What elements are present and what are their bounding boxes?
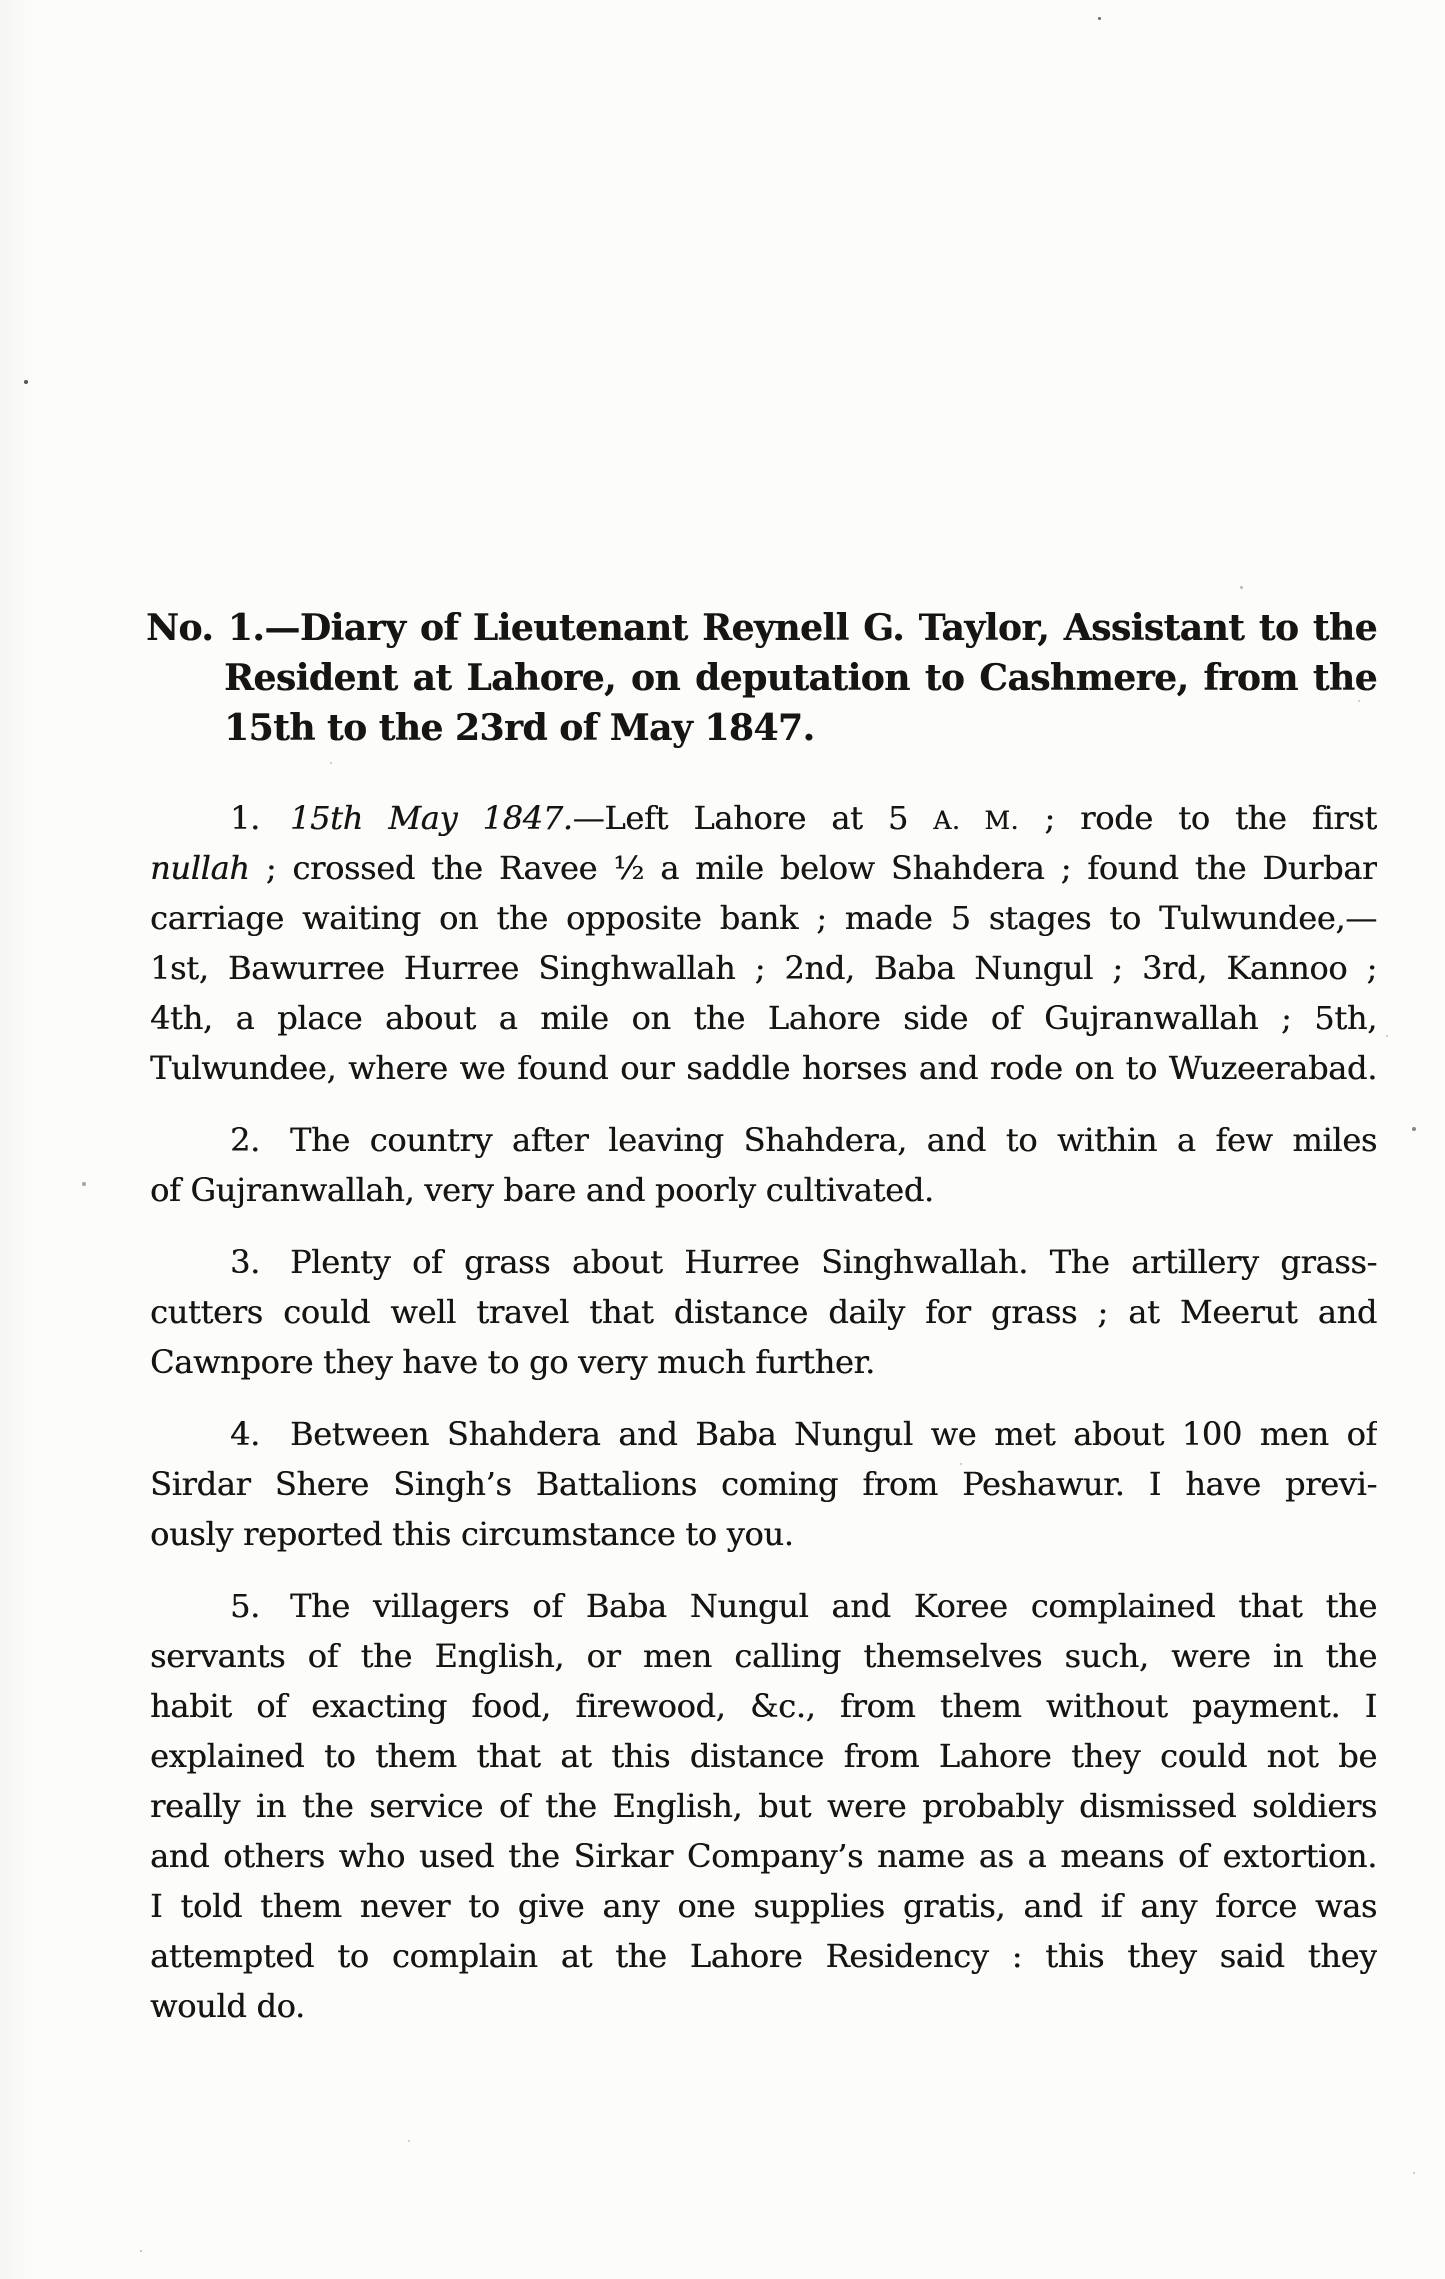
document-title: No. 1.—Diary of Lieutenant Reynell G. Ta… (146, 603, 1377, 753)
text-segment: —Left Lahore at 5 (573, 799, 934, 837)
paragraph-3-line-3: Cawnpore they have to go very much furth… (150, 1337, 1377, 1387)
title-line-1: No. 1.—Diary of Lieutenant Reynell G. Ta… (146, 603, 1377, 653)
paragraph-5-line-4: explained to them that at this distance … (150, 1731, 1377, 1781)
text-segment: The villagers of Baba Nungul and Koree c… (290, 1587, 1377, 1625)
scan-speck (1413, 2172, 1415, 2174)
text-segment: The country after leaving Shahdera, and … (290, 1121, 1377, 1159)
text-segment: nullah (150, 849, 250, 887)
text-segment: and others who used the Sirkar Company’s… (150, 1837, 1377, 1875)
text-segment: Sirdar Shere Singh’s Battalions coming f… (150, 1465, 1377, 1503)
title-line-2: Resident at Lahore, on deputation to Cas… (146, 653, 1377, 703)
paragraph-5-line-2: servants of the English, or men calling … (150, 1631, 1377, 1681)
text-segment: Cawnpore they have to go very much furth… (150, 1343, 875, 1381)
text-segment: ously reported this circumstance to you. (150, 1515, 794, 1553)
text-segment: really in the service of the English, bu… (150, 1787, 1377, 1825)
text-segment: 15th May 1847. (290, 799, 573, 837)
paragraph-1: 1.15th May 1847.—Left Lahore at 5 A. M. … (150, 793, 1377, 1093)
paragraph-5-line-6: and others who used the Sirkar Company’s… (150, 1831, 1377, 1881)
text-segment: ; rode to the first (1019, 799, 1377, 837)
text-segment: Tulwundee, where we found our saddle hor… (150, 1049, 1377, 1087)
paragraph-5-line-9: would do. (150, 1981, 1377, 2031)
text-segment: explained to them that at this distance … (150, 1737, 1377, 1775)
text-segment: Plenty of grass about Hurree Singhwallah… (290, 1243, 1377, 1281)
paragraph-3-line-1: 3.Plenty of grass about Hurree Singhwall… (150, 1237, 1377, 1287)
scan-speck (24, 380, 28, 384)
paragraph-2-line-2: of Gujranwallah, very bare and poorly cu… (150, 1165, 1377, 1215)
paragraph-4-line-1: 4.Between Shahdera and Baba Nungul we me… (150, 1409, 1377, 1459)
paragraph-3: 3.Plenty of grass about Hurree Singhwall… (150, 1237, 1377, 1387)
text-segment: 1. (230, 799, 260, 837)
scan-speck (1098, 17, 1101, 20)
document-body: 1.15th May 1847.—Left Lahore at 5 A. M. … (150, 793, 1377, 2053)
paragraph-2: 2.The country after leaving Shahdera, an… (150, 1115, 1377, 1215)
scan-speck (408, 2140, 410, 2142)
text-segment: 4th, a place about a mile on the Lahore … (150, 999, 1377, 1037)
paragraph-5-line-3: habit of exacting food, firewood, &c., f… (150, 1681, 1377, 1731)
text-segment: attempted to complain at the Lahore Resi… (150, 1937, 1377, 1975)
text-segment: servants of the English, or men calling … (150, 1637, 1377, 1675)
scan-edge-shadow (0, 0, 40, 2279)
text-segment: 4. (230, 1415, 260, 1453)
scan-speck (1386, 1035, 1388, 1037)
paragraph-1-line-5: 4th, a place about a mile on the Lahore … (150, 993, 1377, 1043)
text-segment: cutters could well travel that distance … (150, 1293, 1377, 1331)
scan-speck (140, 2250, 142, 2252)
title-line-3: 15th to the 23rd of May 1847. (146, 703, 1377, 753)
paragraph-5-line-1: 5.The villagers of Baba Nungul and Koree… (150, 1581, 1377, 1631)
text-segment: I told them never to give any one suppli… (150, 1887, 1377, 1925)
paragraph-3-line-2: cutters could well travel that distance … (150, 1287, 1377, 1337)
text-segment: 2. (230, 1121, 260, 1159)
text-segment: A. M. (933, 806, 1019, 835)
scan-speck (82, 1182, 86, 1186)
scan-speck (330, 762, 332, 764)
scan-speck (1240, 586, 1243, 589)
paragraph-2-line-1: 2.The country after leaving Shahdera, an… (150, 1115, 1377, 1165)
paragraph-5-line-5: really in the service of the English, bu… (150, 1781, 1377, 1831)
text-segment: 5. (230, 1587, 260, 1625)
text-segment: Between Shahdera and Baba Nungul we met … (290, 1415, 1377, 1453)
paragraph-4-line-2: Sirdar Shere Singh’s Battalions coming f… (150, 1459, 1377, 1509)
paragraph-5-line-7: I told them never to give any one suppli… (150, 1881, 1377, 1931)
paragraph-1-line-6: Tulwundee, where we found our saddle hor… (150, 1043, 1377, 1093)
paragraph-1-line-4: 1st, Bawurree Hurree Singhwallah ; 2nd, … (150, 943, 1377, 993)
paragraph-1-line-3: carriage waiting on the opposite bank ; … (150, 893, 1377, 943)
text-segment: habit of exacting food, firewood, &c., f… (150, 1687, 1377, 1725)
paragraph-4: 4.Between Shahdera and Baba Nungul we me… (150, 1409, 1377, 1559)
paragraph-1-line-1: 1.15th May 1847.—Left Lahore at 5 A. M. … (150, 793, 1377, 843)
scan-speck (1412, 1127, 1416, 1131)
paragraph-1-line-2: nullah ; crossed the Ravee ½ a mile belo… (150, 843, 1377, 893)
text-segment: carriage waiting on the opposite bank ; … (150, 899, 1377, 937)
text-segment: 1st, Bawurree Hurree Singhwallah ; 2nd, … (150, 949, 1377, 987)
text-segment: ; crossed the Ravee ½ a mile below Shahd… (250, 849, 1377, 887)
paragraph-5: 5.The villagers of Baba Nungul and Koree… (150, 1581, 1377, 2031)
paragraph-5-line-8: attempted to complain at the Lahore Resi… (150, 1931, 1377, 1981)
text-segment: of Gujranwallah, very bare and poorly cu… (150, 1171, 934, 1209)
text-segment: would do. (150, 1987, 305, 2025)
scanned-document-page: No. 1.—Diary of Lieutenant Reynell G. Ta… (0, 0, 1445, 2279)
paragraph-4-line-3: ously reported this circumstance to you. (150, 1509, 1377, 1559)
text-segment: 3. (230, 1243, 260, 1281)
